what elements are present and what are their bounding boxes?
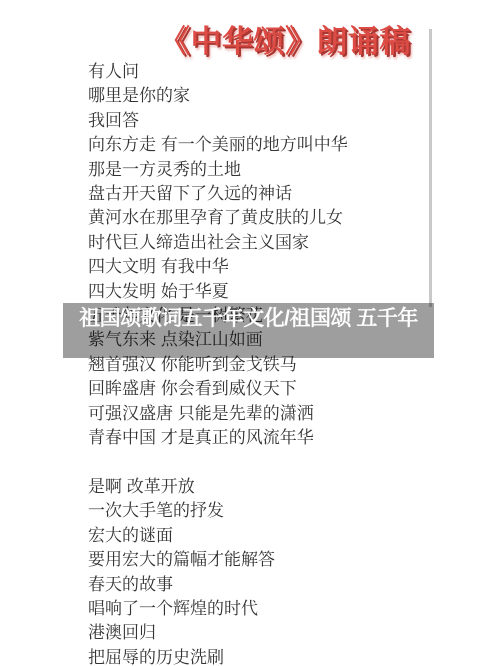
poem-line: 港澳回归 (88, 621, 348, 645)
poem-line: 可强汉盛唐 只能是先辈的潇洒 (88, 402, 348, 426)
poem-line: 是啊 改革开放 (88, 475, 348, 499)
poem-line: 把屈辱的历史洗刷 (88, 646, 348, 666)
poem-line: 宏大的谜面 (88, 524, 348, 548)
poem-line: 四大发明 始于华夏 (88, 280, 348, 304)
poem-line: 哪里是你的家 (88, 84, 348, 108)
poem-line (88, 451, 348, 475)
caption-overlay: 祖国颂歌词五千年文化/祖国颂 五千年 (63, 303, 434, 358)
poem-line: 四大文明 有我中华 (88, 255, 348, 279)
poem-line: 时代巨人缔造出社会主义国家 (88, 231, 348, 255)
poem-line: 一次大手笔的抒发 (88, 499, 348, 523)
poem-line: 我回答 (88, 109, 348, 133)
poem-line: 黄河水在那里孕育了黄皮肤的儿女 (88, 206, 348, 230)
poem-line: 唱响了一个辉煌的时代 (88, 597, 348, 621)
poem-line: 向东方走 有一个美丽的地方叫中华 (88, 133, 348, 157)
poem-line: 春天的故事 (88, 573, 348, 597)
poem-line: 盘古开天留下了久远的神话 (88, 182, 348, 206)
poem-line: 青春中国 才是真正的风流年华 (88, 426, 348, 450)
poem-line: 那是一方灵秀的土地 (88, 158, 348, 182)
poem-line: 要用宏大的篇幅才能解答 (88, 548, 348, 572)
poem-lines: 有人问哪里是你的家我回答向东方走 有一个美丽的地方叫中华那是一方灵秀的土地盘古开… (88, 60, 348, 666)
poem-line: 有人问 (88, 60, 348, 84)
article-page: 《中华颂》朗诵稿 有人问哪里是你的家我回答向东方走 有一个美丽的地方叫中华那是一… (0, 0, 500, 666)
scrollbar[interactable] (429, 29, 432, 307)
poem-line: 回眸盛唐 你会看到威仪天下 (88, 377, 348, 401)
